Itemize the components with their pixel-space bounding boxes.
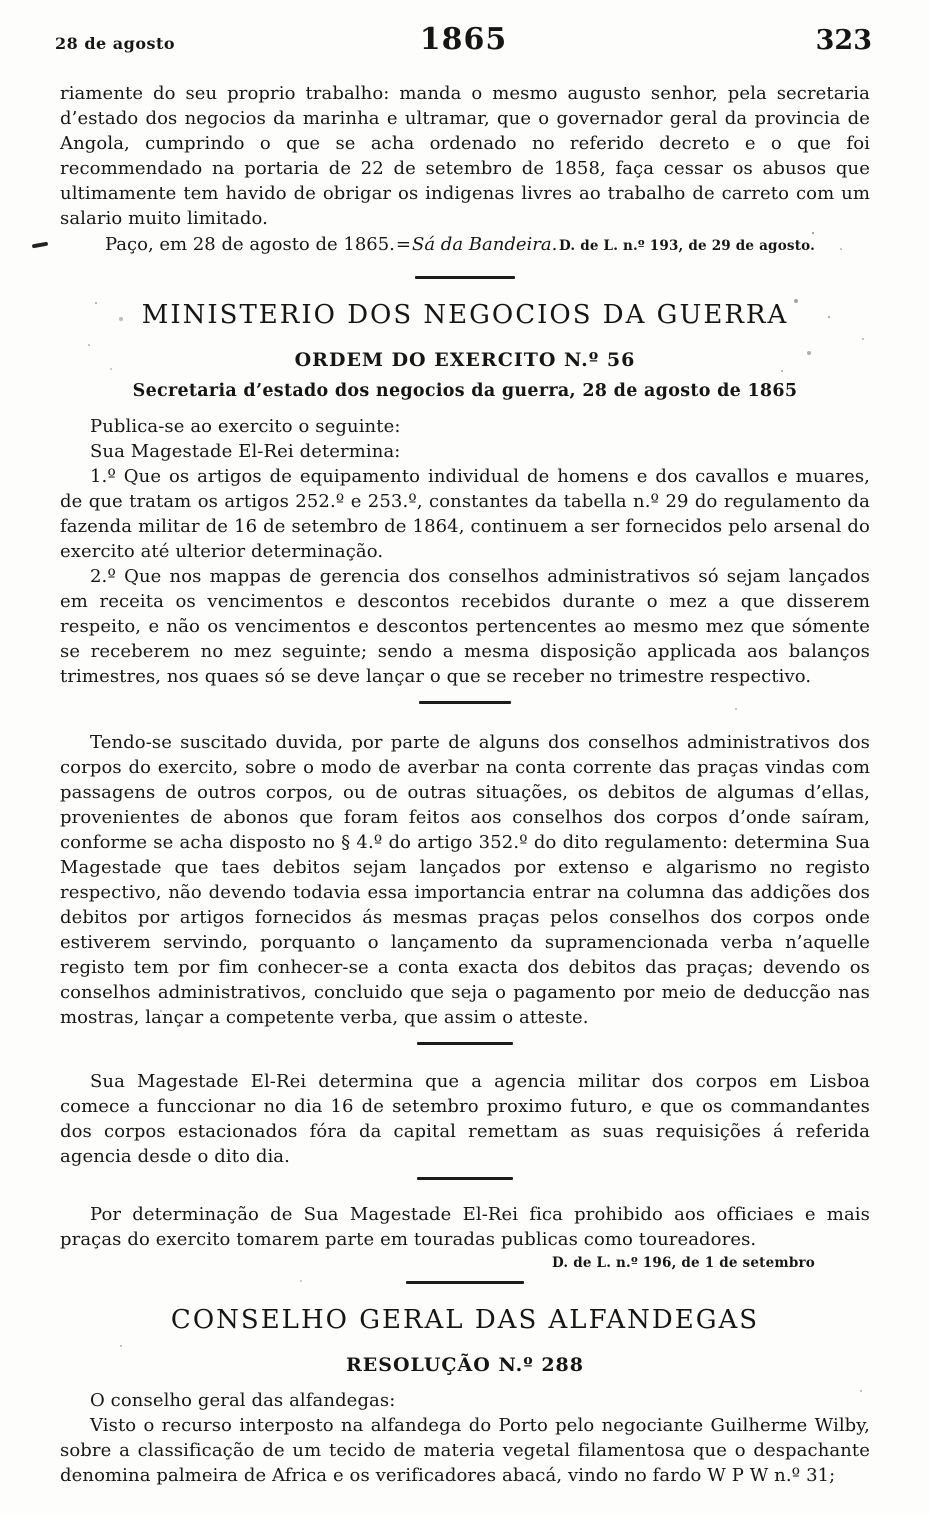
document-page: 28 de agosto 1865 323 riamente do seu pr…: [0, 0, 930, 1513]
resolution-subtitle: RESOLUÇÃO N.º 288: [60, 1354, 870, 1376]
intro-line-1: Publica-se ao exercito o seguinte:: [60, 414, 870, 439]
reference-note: D. de L. n.º 196, de 1 de setembro: [60, 1255, 815, 1271]
signature-place-date: Paço, em 28 de agosto de 1865.: [105, 234, 395, 255]
section-ministerio-guerra: MINISTERIO DOS NEGOCIOS DA GUERRA ORDEM …: [60, 300, 870, 1271]
paragraph-agencia: Sua Magestade El-Rei determina que a age…: [60, 1069, 870, 1169]
page-content: riamente do seu proprio trabalho: manda …: [0, 81, 930, 1488]
scan-noise: [0, 0, 2, 2]
reference-note: D. de L. n.º 193, de 29 de agosto.: [559, 234, 870, 259]
header-date: 28 de agosto: [55, 34, 275, 53]
order-subtitle: ORDEM DO EXERCITO N.º 56: [60, 349, 870, 371]
header-page-number: 323: [652, 25, 872, 56]
secretaria-line: Secretaria d’estado dos negocios da guer…: [60, 381, 870, 402]
ministry-title: MINISTERIO DOS NEGOCIOS DA GUERRA: [60, 300, 870, 330]
section-divider: [417, 1177, 513, 1180]
signature-line: Paço, em 28 de agosto de 1865.=Sá da Ban…: [60, 232, 870, 259]
signature-separator: =: [395, 234, 412, 255]
paragraph-visto: Visto o recurso interposto na alfandega …: [60, 1413, 870, 1488]
section-conselho-alfandegas: CONSELHO GERAL DAS ALFANDEGAS RESOLUÇÃO …: [60, 1305, 870, 1488]
page-header: 28 de agosto 1865 323: [0, 0, 930, 57]
paragraph-duvida: Tendo-se suscitado duvida, por parte de …: [60, 730, 870, 1030]
signature-text: Paço, em 28 de agosto de 1865.=Sá da Ban…: [60, 232, 557, 257]
decree-paragraph: riamente do seu proprio trabalho: manda …: [60, 81, 870, 231]
intro-line-2: Sua Magestade El-Rei determina:: [60, 439, 870, 464]
section-divider: [415, 276, 515, 279]
section-divider: [419, 701, 511, 704]
order-item-2: 2.º Que nos mappas de gerencia dos conse…: [60, 564, 870, 689]
header-year: 1865: [275, 22, 652, 57]
council-title: CONSELHO GERAL DAS ALFANDEGAS: [60, 1305, 870, 1335]
council-intro: O conselho geral das alfandegas:: [60, 1388, 870, 1413]
order-item-1: 1.º Que os artigos de equipamento indivi…: [60, 464, 870, 564]
section-marinha: riamente do seu proprio trabalho: manda …: [60, 81, 870, 259]
section-divider: [417, 1042, 513, 1045]
ink-mark: [32, 242, 48, 249]
section-divider: [406, 1281, 524, 1284]
signature-name: Sá da Bandeira.: [412, 234, 557, 255]
paragraph-touradas: Por determinação de Sua Magestade El-Rei…: [60, 1202, 870, 1252]
